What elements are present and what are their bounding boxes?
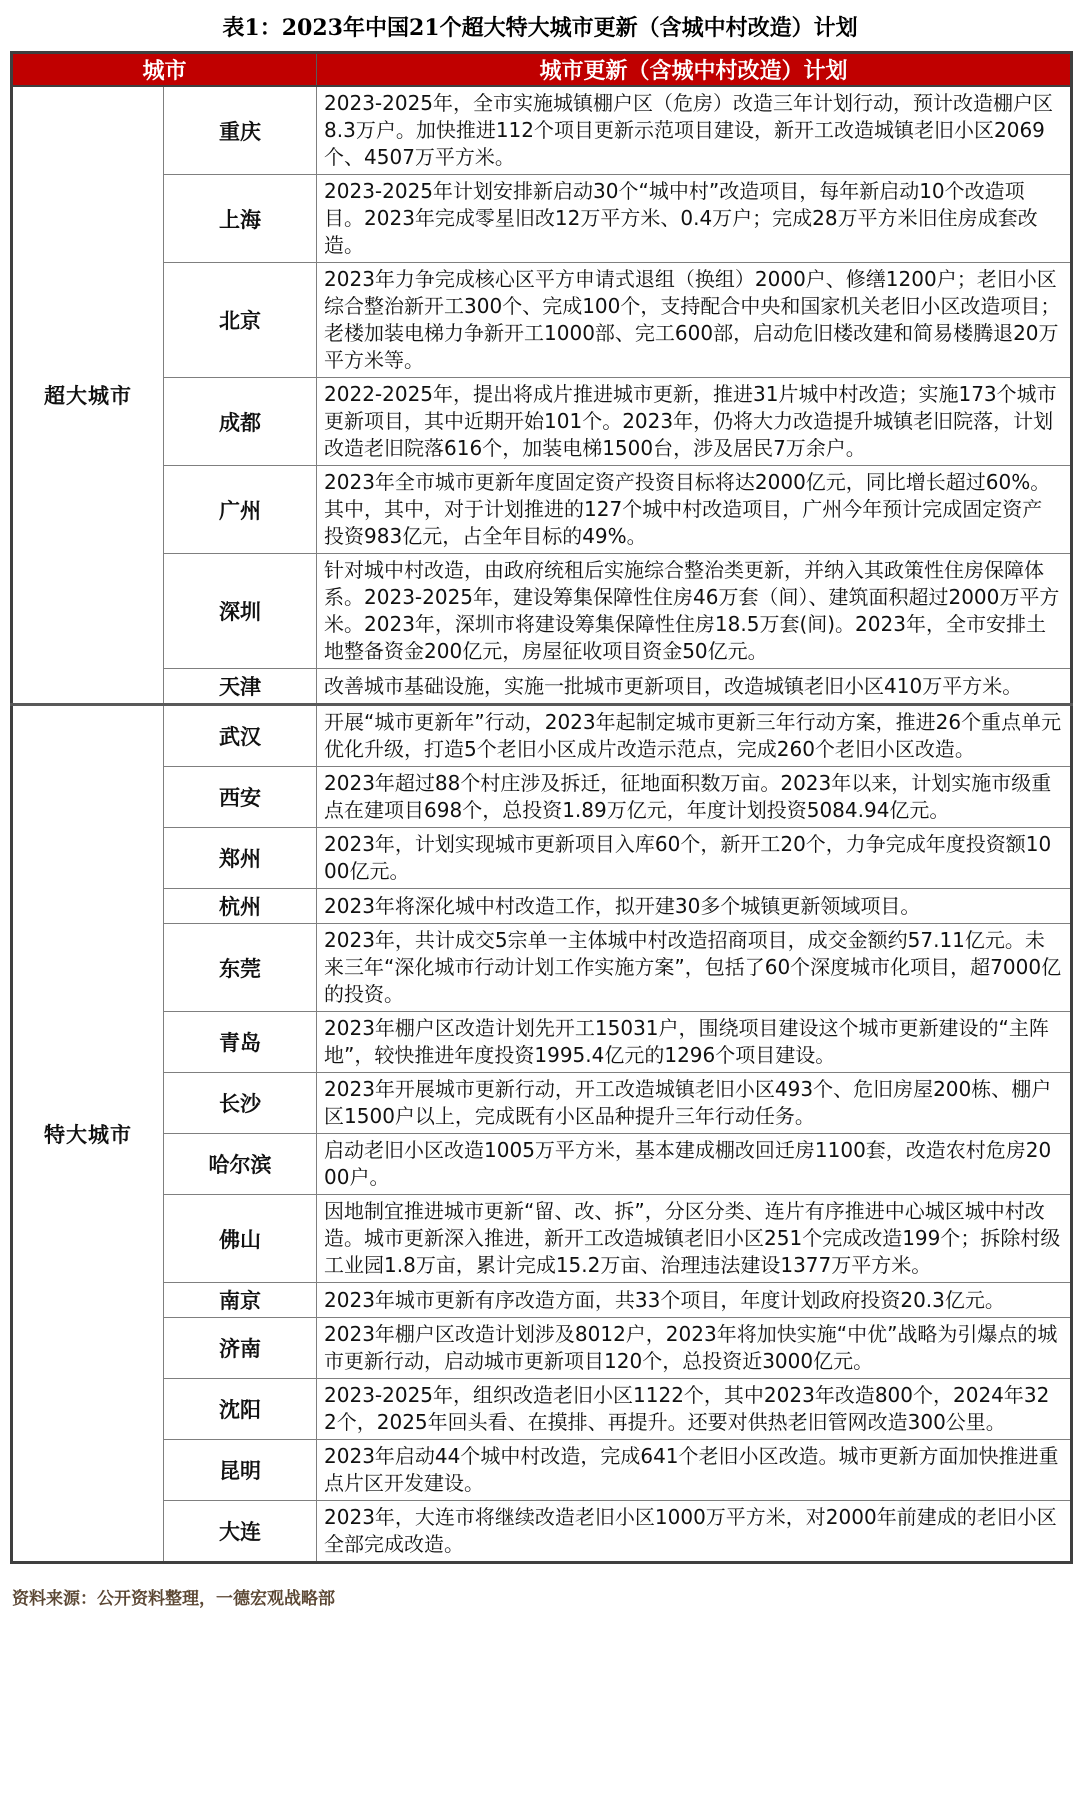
- plan-cell: 2023-2025年计划安排新启动30个“城中村”改造项目，每年新启动10个改造…: [317, 175, 1072, 263]
- table-row: 郑州 2023年，计划实现城市更新项目入库60个，新开工20个，力争完成年度投资…: [12, 828, 1072, 889]
- plan-cell: 启动老旧小区改造1005万平方米，基本建成棚改回迁房1100套，改造农村危房20…: [317, 1134, 1072, 1195]
- plan-cell: 2023年启动44个城中村改造，完成641个老旧小区改造。城市更新方面加快推进重…: [317, 1440, 1072, 1501]
- city-cell: 广州: [164, 466, 317, 554]
- city-cell: 天津: [164, 669, 317, 705]
- table-row: 超大城市 重庆 2023-2025年，全市实施城镇棚户区（危房）改造三年计划行动…: [12, 86, 1072, 175]
- plan-cell: 2023年，大连市将继续改造老旧小区1000万平方米，对2000年前建成的老旧小…: [317, 1501, 1072, 1563]
- city-cell: 成都: [164, 378, 317, 466]
- table-row: 哈尔滨 启动老旧小区改造1005万平方米，基本建成棚改回迁房1100套，改造农村…: [12, 1134, 1072, 1195]
- plan-cell: 因地制宜推进城市更新“留、改、拆”，分区分类、连片有序推进中心城区城中村改造。城…: [317, 1195, 1072, 1283]
- table-row: 青岛 2023年棚户区改造计划先开工15031户，围绕项目建设这个城市更新建设的…: [12, 1012, 1072, 1073]
- table-row: 北京 2023年力争完成核心区平方申请式退组（换组）2000户、修缮1200户；…: [12, 263, 1072, 378]
- plan-cell: 针对城中村改造，由政府统租后实施综合整治类更新，并纳入其政策性住房保障体系。20…: [317, 554, 1072, 669]
- plan-cell: 2023年全市城市更新年度固定资产投资目标将达2000亿元，同比增长超过60%。…: [317, 466, 1072, 554]
- table-row: 上海 2023-2025年计划安排新启动30个“城中村”改造项目，每年新启动10…: [12, 175, 1072, 263]
- plan-cell: 2023年将深化城中村改造工作，拟开建30多个城镇更新领域项目。: [317, 889, 1072, 924]
- table-row: 广州 2023年全市城市更新年度固定资产投资目标将达2000亿元，同比增长超过6…: [12, 466, 1072, 554]
- header-city-col: 城市: [12, 53, 317, 87]
- plan-cell: 2023-2025年，组织改造老旧小区1122个，其中2023年改造800个，2…: [317, 1379, 1072, 1440]
- city-cell: 佛山: [164, 1195, 317, 1283]
- city-cell: 哈尔滨: [164, 1134, 317, 1195]
- city-cell: 大连: [164, 1501, 317, 1563]
- header-row: 城市 城市更新（含城中村改造）计划: [12, 53, 1072, 87]
- city-cell: 杭州: [164, 889, 317, 924]
- city-cell: 东莞: [164, 924, 317, 1012]
- group-label-mega: 特大城市: [12, 705, 164, 1563]
- plan-cell: 2023年棚户区改造计划先开工15031户，围绕项目建设这个城市更新建设的“主阵…: [317, 1012, 1072, 1073]
- city-cell: 沈阳: [164, 1379, 317, 1440]
- city-cell: 上海: [164, 175, 317, 263]
- table-row: 昆明 2023年启动44个城中村改造，完成641个老旧小区改造。城市更新方面加快…: [12, 1440, 1072, 1501]
- table-row: 济南 2023年棚户区改造计划涉及8012户，2023年将加快实施“中优”战略为…: [12, 1318, 1072, 1379]
- table-row: 成都 2022-2025年，提出将成片推进城市更新，推进31片城中村改造；实施1…: [12, 378, 1072, 466]
- plan-cell: 2023年开展城市更新行动，开工改造城镇老旧小区493个、危旧房屋200栋、棚户…: [317, 1073, 1072, 1134]
- city-cell: 青岛: [164, 1012, 317, 1073]
- header-plan-col: 城市更新（含城中村改造）计划: [317, 53, 1072, 87]
- table-row: 长沙 2023年开展城市更新行动，开工改造城镇老旧小区493个、危旧房屋200栋…: [12, 1073, 1072, 1134]
- table-row: 天津 改善城市基础设施，实施一批城市更新项目，改造城镇老旧小区410万平方米。: [12, 669, 1072, 705]
- table-row: 西安 2023年超过88个村庄涉及拆迁，征地面积数万亩。2023年以来，计划实施…: [12, 767, 1072, 828]
- city-renewal-table: 城市 城市更新（含城中村改造）计划 超大城市 重庆 2023-2025年，全市实…: [10, 51, 1073, 1564]
- table-row: 南京 2023年城市更新有序改造方面，共33个项目，年度计划政府投资20.3亿元…: [12, 1283, 1072, 1318]
- plan-cell: 2023年力争完成核心区平方申请式退组（换组）2000户、修缮1200户；老旧小…: [317, 263, 1072, 378]
- table-row: 杭州 2023年将深化城中村改造工作，拟开建30多个城镇更新领域项目。: [12, 889, 1072, 924]
- table-row: 深圳 针对城中村改造，由政府统租后实施综合整治类更新，并纳入其政策性住房保障体系…: [12, 554, 1072, 669]
- city-cell: 武汉: [164, 705, 317, 767]
- table-row: 佛山 因地制宜推进城市更新“留、改、拆”，分区分类、连片有序推进中心城区城中村改…: [12, 1195, 1072, 1283]
- plan-cell: 开展“城市更新年”行动，2023年起制定城市更新三年行动方案，推进26个重点单元…: [317, 705, 1072, 767]
- table-row: 沈阳 2023-2025年，组织改造老旧小区1122个，其中2023年改造800…: [12, 1379, 1072, 1440]
- city-cell: 昆明: [164, 1440, 317, 1501]
- table-title: 表1：2023年中国21个超大特大城市更新（含城中村改造）计划: [0, 0, 1080, 51]
- plan-cell: 2023年，计划实现城市更新项目入库60个，新开工20个，力争完成年度投资额10…: [317, 828, 1072, 889]
- city-cell: 南京: [164, 1283, 317, 1318]
- plan-cell: 改善城市基础设施，实施一批城市更新项目，改造城镇老旧小区410万平方米。: [317, 669, 1072, 705]
- plan-cell: 2022-2025年，提出将成片推进城市更新，推进31片城中村改造；实施173个…: [317, 378, 1072, 466]
- plan-cell: 2023-2025年，全市实施城镇棚户区（危房）改造三年计划行动，预计改造棚户区…: [317, 86, 1072, 175]
- group-label-super-large: 超大城市: [12, 86, 164, 705]
- city-cell: 郑州: [164, 828, 317, 889]
- plan-cell: 2023年城市更新有序改造方面，共33个项目，年度计划政府投资20.3亿元。: [317, 1283, 1072, 1318]
- city-cell: 济南: [164, 1318, 317, 1379]
- city-cell: 长沙: [164, 1073, 317, 1134]
- source-note: 资料来源：公开资料整理，一德宏观战略部: [12, 1584, 1080, 1609]
- city-cell: 西安: [164, 767, 317, 828]
- plan-cell: 2023年棚户区改造计划涉及8012户，2023年将加快实施“中优”战略为引爆点…: [317, 1318, 1072, 1379]
- table-row: 东莞 2023年，共计成交5宗单一主体城中村改造招商项目，成交金额约57.11亿…: [12, 924, 1072, 1012]
- city-cell: 深圳: [164, 554, 317, 669]
- table-row: 大连 2023年，大连市将继续改造老旧小区1000万平方米，对2000年前建成的…: [12, 1501, 1072, 1563]
- plan-cell: 2023年，共计成交5宗单一主体城中村改造招商项目，成交金额约57.11亿元。未…: [317, 924, 1072, 1012]
- plan-cell: 2023年超过88个村庄涉及拆迁，征地面积数万亩。2023年以来，计划实施市级重…: [317, 767, 1072, 828]
- city-cell: 重庆: [164, 86, 317, 175]
- city-cell: 北京: [164, 263, 317, 378]
- table-row: 特大城市 武汉 开展“城市更新年”行动，2023年起制定城市更新三年行动方案，推…: [12, 705, 1072, 767]
